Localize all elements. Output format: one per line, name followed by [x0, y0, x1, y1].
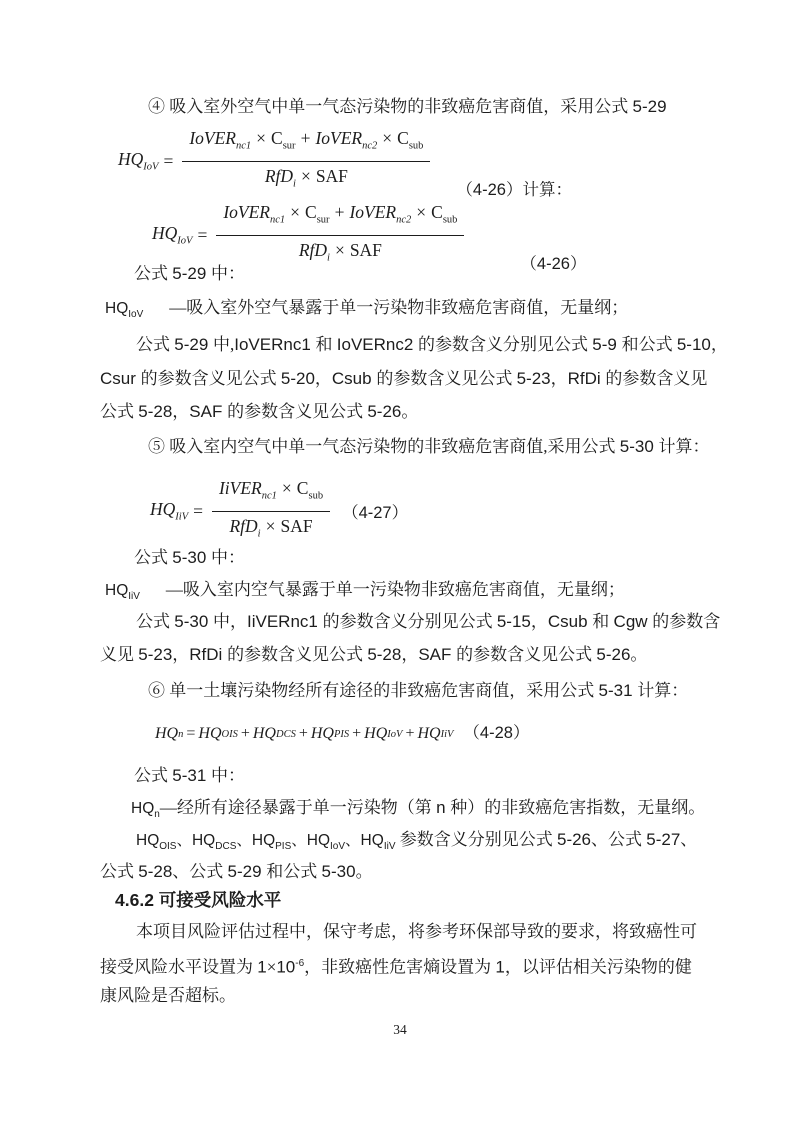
risk-para-line1: 本项目风险评估过程中，保守考虑，将参考环保部导致的要求，将致癌性可	[136, 920, 697, 943]
hq-iov-symbol: HQIoV	[105, 300, 143, 317]
section-4-6-2-title: 4.6.2 可接受风险水平	[115, 889, 281, 912]
item4-heading: ④ 吸入室外空气中单一气态污染物的非致癌危害商值，采用公式 5-29	[148, 95, 667, 118]
def-text: —吸入室内空气暴露于单一污染物非致癌危害商值，无量纲；	[166, 580, 625, 599]
equals-sign: =	[186, 725, 195, 743]
item5-heading: ⑤ 吸入室内空气中单一气态污染物的非致癌危害商值,采用公式 5-30 计算：	[148, 435, 710, 458]
where-5-31: 公式 5-31 中：	[134, 764, 245, 787]
formula-label-4-27: （4-27）	[342, 499, 408, 523]
item4-para-line3: 公式 5-28，SAF 的参数含义见公式 5-26。	[100, 400, 418, 423]
numerator: IiVERnc1×Csub	[212, 477, 330, 512]
page-number: 34	[0, 1022, 800, 1038]
formula-4-26-first: HQIoV = IoVERnc1×Csur+IoVERnc2×Csub RfDi…	[118, 127, 572, 195]
def-hq-iov: HQIoV—吸入室外空气暴露于单一污染物非致癌危害商值，无量纲；	[105, 296, 628, 326]
def-hq-iiv: HQIiV—吸入室内空气暴露于单一污染物非致癌危害商值，无量纲；	[105, 578, 625, 608]
fraction: IiVERnc1×Csub RfDi×SAF	[212, 477, 330, 545]
exponent: -6	[295, 958, 304, 969]
hq-n-symbol: HQn	[131, 800, 160, 817]
formula-label-4-26: （4-26）	[520, 250, 586, 274]
def-text: —经所有途径暴露于单一污染物（第 n 种）的非致癌危害指数，无量纲。	[160, 798, 705, 817]
formula-lhs: HQIoV	[118, 149, 158, 173]
formula-4-27: HQIiV = IiVERnc1×Csub RfDi×SAF （4-27）	[150, 477, 408, 545]
equals-sign: =	[193, 501, 203, 522]
fraction: IoVERnc1×Csur+IoVERnc2×Csub RfDi×SAF	[182, 127, 430, 195]
item5-para-line1: 公式 5-30 中，IiVERnc1 的参数含义分别见公式 5-15，Csub …	[136, 610, 720, 633]
where-5-30: 公式 5-30 中：	[134, 546, 245, 569]
formula-lhs: HQIoV	[152, 223, 192, 247]
item6-para-last: 公式 5-28、公式 5-29 和公式 5-30。	[100, 860, 373, 883]
denominator: RfDi×SAF	[229, 512, 312, 546]
equals-sign: =	[197, 225, 207, 246]
hq-list-line: HQOIS、HQDCS、HQPIS、HQIoV、HQIiV 参数含义分别见公式 …	[136, 828, 697, 858]
where-5-29: 公式 5-29 中：	[134, 262, 245, 285]
risk-para-line3: 康风险是否超标。	[100, 984, 236, 1007]
hq-iiv-symbol: HQIiV	[105, 582, 140, 599]
item4-para-line1: 公式 5-29 中,IoVERnc1 和 IoVERnc2 的参数含义分别见公式…	[136, 333, 728, 356]
item5-para-line2: 义见 5-23，RfDi 的参数含义见公式 5-28，SAF 的参数含义见公式 …	[100, 643, 647, 666]
hq-dcs-symbol: 、HQDCS	[176, 832, 236, 849]
risk-para-line2: 接受风险水平设置为 1×10-6，非致癌性危害熵设置为 1，以评估相关污染物的健	[100, 952, 692, 979]
formula-label-4-28: （4-28）	[463, 719, 529, 743]
denominator: RfDi×SAF	[265, 162, 348, 196]
document-page: ④ 吸入室外空气中单一气态污染物的非致癌危害商值，采用公式 5-29 HQIoV…	[0, 0, 800, 1131]
formula-lhs: HQIiV	[150, 499, 188, 523]
fraction: IoVERnc1×Csur+IoVERnc2×Csub RfDi×SAF	[216, 201, 464, 269]
def-hq-n: HQn—经所有途径暴露于单一污染物（第 n 种）的非致癌危害指数，无量纲。	[131, 796, 705, 826]
hq-pis-symbol: 、HQPIS	[236, 832, 291, 849]
numerator: IoVERnc1×Csur+IoVERnc2×Csub	[182, 127, 430, 162]
hq-iiv-symbol: 、HQIiV	[345, 832, 395, 849]
formula-4-26-second: HQIoV = IoVERnc1×Csur+IoVERnc2×Csub RfDi…	[152, 201, 586, 269]
item4-para-line2: Csur 的参数含义见公式 5-20，Csub 的参数含义见公式 5-23，Rf…	[100, 367, 707, 390]
item6-heading: ⑥ 单一土壤污染物经所有途径的非致癌危害商值，采用公式 5-31 计算：	[148, 679, 688, 702]
hq-iov-symbol: 、HQIoV	[291, 832, 345, 849]
equals-sign: =	[163, 151, 173, 172]
denominator: RfDi×SAF	[299, 236, 382, 270]
formula-label-4-26-calc: （4-26）计算：	[456, 176, 572, 200]
hq-ois-symbol: HQOIS	[136, 832, 176, 849]
numerator: IoVERnc1×Csur+IoVERnc2×Csub	[216, 201, 464, 236]
hq-list-tail: 参数含义分别见公式 5-26、公式 5-27、	[395, 830, 697, 849]
formula-4-28: HQn=HQOIS+HQDCS+HQPIS+HQIoV+HQIiV （4-28）	[155, 722, 529, 746]
def-text: —吸入室外空气暴露于单一污染物非致癌危害商值，无量纲；	[169, 298, 628, 317]
